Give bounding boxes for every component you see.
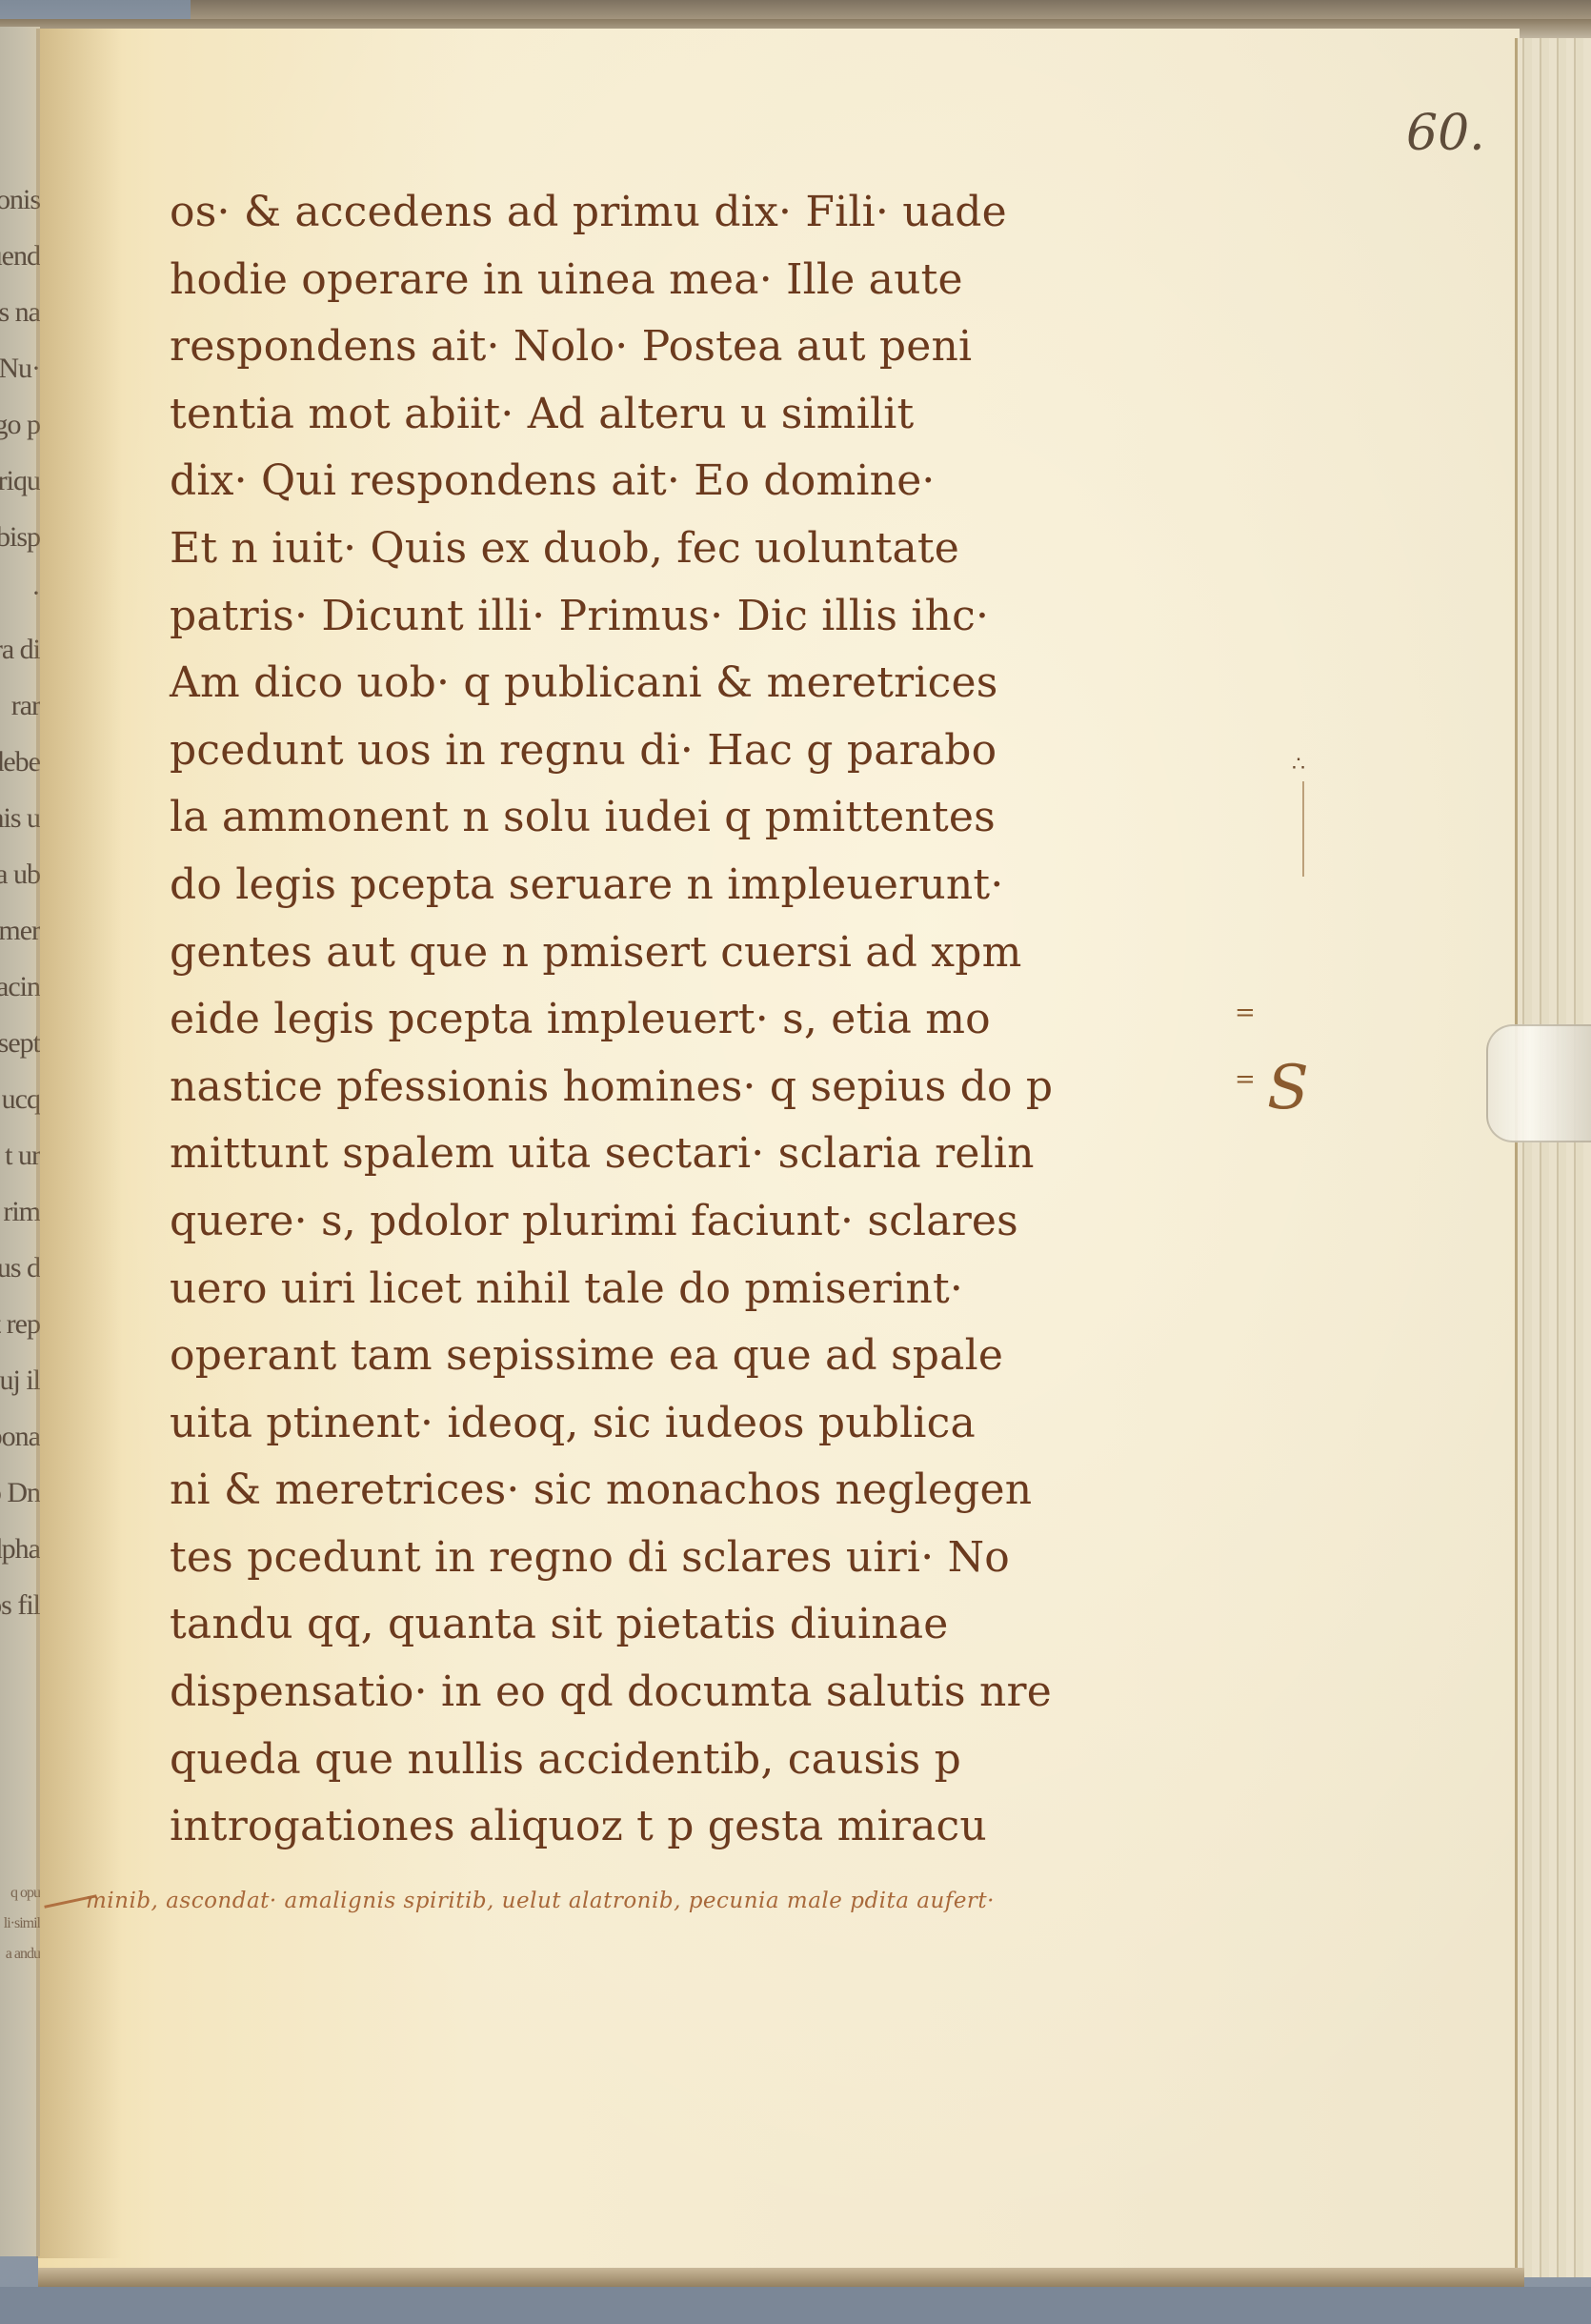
verso-text-fragment: sept [0, 1027, 40, 1060]
verso-text-fragment: ra di [0, 634, 40, 666]
text-line: la ammonent n solu iudei q pmittentes [170, 784, 1227, 852]
text-line: nastice pfessionis homines· q sepius do … [170, 1054, 1227, 1122]
margin-vertical-stroke [1302, 781, 1304, 877]
verso-text-fragment: bona [0, 1421, 40, 1453]
verso-text-fragment: p Dn [0, 1477, 40, 1509]
text-line: mittunt spalem uita sectari· sclaria rel… [170, 1121, 1227, 1188]
verso-gloss-fragment: q opu [0, 1885, 40, 1902]
verso-gloss-fragment: a andu [0, 1946, 40, 1963]
text-line: tandu qq, quanta sit pietatis diuinae [170, 1591, 1227, 1659]
text-line: ni & meretrices· sic monachos neglegen [170, 1457, 1227, 1525]
verso-text-fragment: ·Nu [0, 353, 40, 385]
gutter-shadow [36, 29, 122, 2258]
text-line: patris· Dicunt illi· Primus· Dic illis i… [170, 583, 1227, 651]
text-line: queda que nullis accidentib, causis p [170, 1727, 1227, 1794]
text-line: respondens ait· Nolo· Postea aut peni [170, 313, 1227, 381]
text-line: dix· Qui respondens ait· Eo domine· [170, 448, 1227, 515]
verso-text-fragment: riqu [0, 465, 40, 497]
verso-text-fragment: uus d [0, 1252, 40, 1284]
marginal-gloss: minib, ascondat· amalignis spiritib, uel… [86, 1889, 1353, 1913]
text-line: do legis pcepta seruare n impleuerunt· [170, 852, 1227, 919]
verso-text-fragment: go p [0, 409, 40, 441]
verso-text-fragment: uend [0, 240, 40, 273]
background-bottom [0, 2287, 1591, 2324]
verso-text-fragment: mer [0, 915, 40, 947]
page-bottom-edge [38, 2268, 1524, 2289]
margin-s-mark: S [1267, 1053, 1309, 1123]
verso-text-fragment: debe [0, 746, 40, 778]
text-line: dispensatio· in eo qd documta salutis nr… [170, 1659, 1227, 1727]
verso-text-fragment: t ur [0, 1140, 40, 1172]
verso-text-fragment: · [0, 577, 40, 610]
verso-text-fragment: dpha [0, 1533, 40, 1566]
text-line: Am dico uob· q publicani & meretrices [170, 650, 1227, 717]
text-line: hodie operare in uinea mea· Ille aute [170, 247, 1227, 314]
verso-text-fragment: onis [0, 184, 40, 216]
verso-text-fragment: rim [0, 1196, 40, 1228]
verso-text-fragment: bisp [0, 521, 40, 554]
clip-clasp [1486, 1024, 1591, 1142]
verso-text-fragment: suj il [0, 1364, 40, 1397]
text-line: uita ptinent· ideoq, sic iudeos publica [170, 1390, 1227, 1458]
text-line: pcedunt uos in regnu di· Hac g parabo [170, 717, 1227, 785]
text-line: operant tam sepissime ea que ad spale [170, 1323, 1227, 1390]
verso-text-fragment: uys na [0, 296, 40, 329]
verso-gloss-fragment: li·simil [0, 1915, 40, 1932]
verso-text-fragment: acin [0, 971, 40, 1003]
text-line: tes pcedunt in regno di sclares uiri· No [170, 1525, 1227, 1592]
verso-text-fragment: nis u [0, 802, 40, 835]
text-line: gentes aut que n pmisert cuersi ad xpm [170, 919, 1227, 987]
verso-text-fragment: rar [0, 690, 40, 722]
line-end-hyphen: = [1235, 999, 1256, 1027]
text-line: tentia mot abiit· Ad alteru u similit [170, 381, 1227, 449]
verso-page-edge: onisuenduys na·Nugo priqubisp·ra dirarde… [0, 27, 40, 2256]
verso-text-fragment: a ub [0, 859, 40, 891]
text-line: uero uiri licet nihil tale do pmiserint· [170, 1256, 1227, 1324]
text-line: Et n iuit· Quis ex duob, fec uoluntate [170, 515, 1227, 583]
text-line: eide legis pcepta impleuert· s, etia mo [170, 986, 1227, 1054]
main-text-block: os· & accedens ad primu dix· Fili· uade … [170, 179, 1227, 1861]
verso-text-fragment: os fil [0, 1589, 40, 1622]
text-line: introgationes aliquoz t p gesta miracu [170, 1793, 1227, 1861]
verso-text-fragment: ucq [0, 1083, 40, 1116]
folio-number: 60. [1406, 105, 1485, 162]
margin-dots-mark: ∴ [1292, 753, 1307, 777]
verso-text-fragment: it rep [0, 1308, 40, 1341]
text-line: quere· s, pdolor plurimi faciunt· sclare… [170, 1188, 1227, 1256]
page-stack-right-edge [1515, 38, 1591, 2277]
text-line: os· & accedens ad primu dix· Fili· uade [170, 179, 1227, 247]
line-end-hyphen: = [1235, 1065, 1256, 1094]
